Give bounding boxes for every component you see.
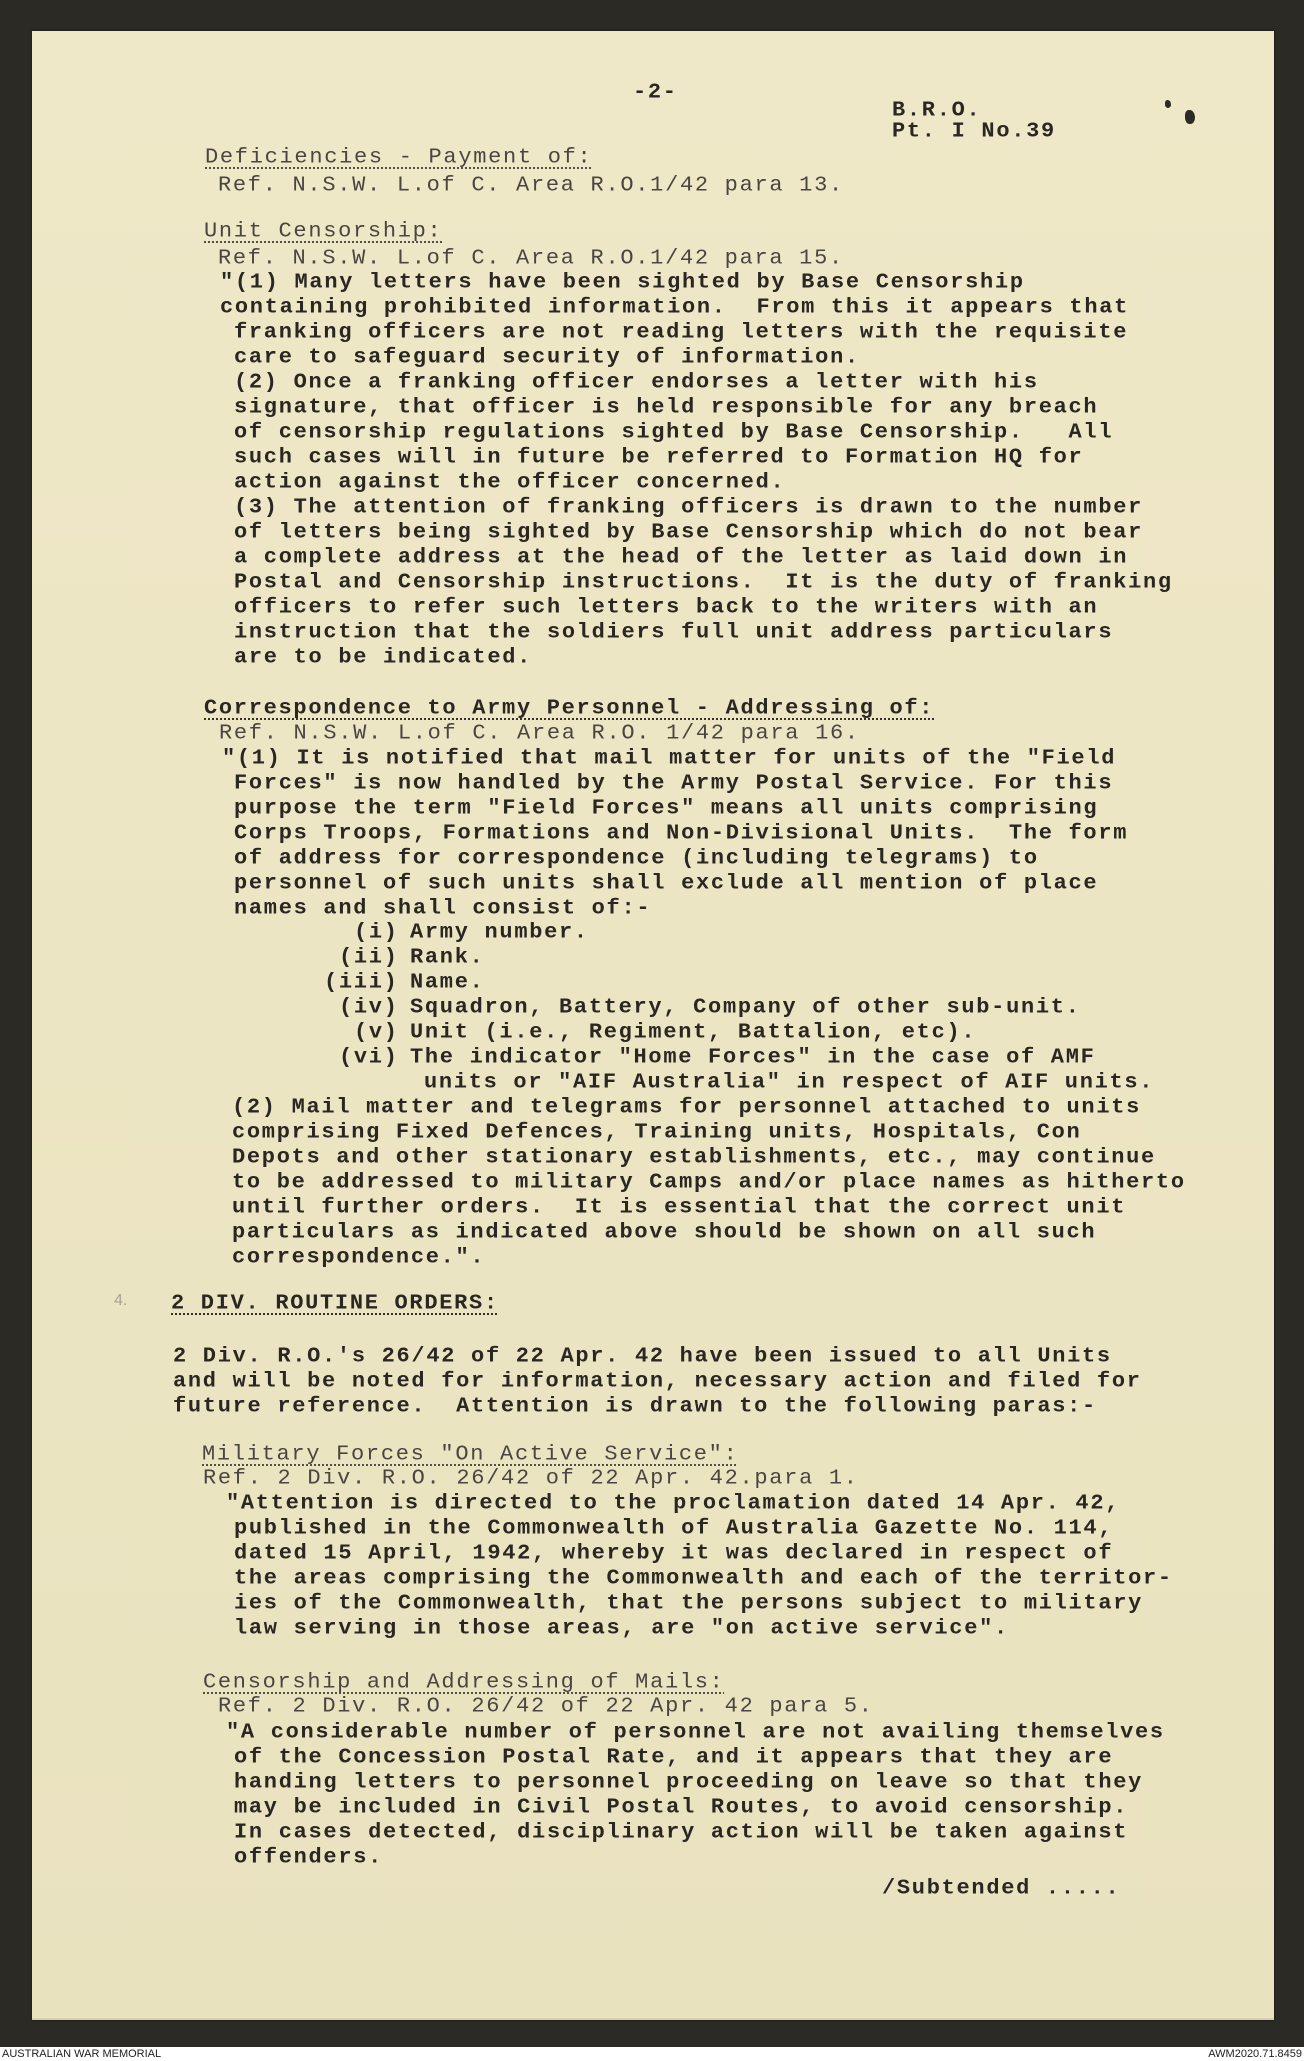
body-line: to be addressed to military Camps and/or… bbox=[232, 1172, 1186, 1193]
body-line: dated 15 April, 1942, whereby it was dec… bbox=[234, 1543, 1113, 1564]
paragraph-number: 4. bbox=[114, 1292, 127, 1310]
body-line: comprising Fixed Defences, Training unit… bbox=[232, 1122, 1081, 1143]
body-line: Postal and Censorship instructions. It i… bbox=[234, 572, 1173, 593]
list-item-number: (v) bbox=[354, 1022, 399, 1043]
list-item-text: Name. bbox=[410, 972, 485, 993]
body-line: (3) The attention of franking officers i… bbox=[234, 497, 1143, 518]
body-line: of letters being sighted by Base Censors… bbox=[234, 522, 1143, 543]
body-line: (2) Mail matter and telegrams for person… bbox=[232, 1097, 1141, 1118]
body-line: Depots and other stationary establishmen… bbox=[232, 1147, 1156, 1168]
list-item-number: (iv) bbox=[339, 997, 399, 1018]
body-line: names and shall consist of:- bbox=[234, 898, 651, 919]
body-line: may be included in Civil Postal Routes, … bbox=[234, 1797, 1128, 1818]
section-heading-correspondence: Correspondence to Army Personnel - Addre… bbox=[204, 698, 934, 719]
list-item-number: (iii) bbox=[324, 972, 399, 993]
section-ref: Ref. 2 Div. R.O. 26/42 of 22 Apr. 42 par… bbox=[218, 1696, 874, 1717]
body-line: "Attention is directed to the proclamati… bbox=[226, 1493, 1120, 1514]
body-line: containing prohibited information. From … bbox=[220, 297, 1129, 318]
body-line: "A considerable number of personnel are … bbox=[226, 1722, 1165, 1743]
archive-footer: AUSTRALIAN WAR MEMORIAL AWM2020.71.8459 bbox=[0, 2047, 1304, 2061]
body-line: officers to refer such letters back to t… bbox=[234, 597, 1098, 618]
section-ref: Ref. 2 Div. R.O. 26/42 of 22 Apr. 42.par… bbox=[203, 1468, 859, 1489]
body-line: and will be noted for information, neces… bbox=[173, 1371, 1142, 1392]
section-heading-deficiencies: Deficiencies - Payment of: bbox=[205, 147, 592, 168]
section-heading-routine-orders: 2 DIV. ROUTINE ORDERS: bbox=[171, 1293, 499, 1314]
section-ref: Ref. N.S.W. L.of C. Area R.O.1/42 para 1… bbox=[218, 248, 844, 269]
body-line: of address for correspondence (including… bbox=[234, 848, 1039, 869]
section-heading-unit-censorship: Unit Censorship: bbox=[204, 221, 442, 242]
body-line: Corps Troops, Formations and Non-Divisio… bbox=[234, 823, 1128, 844]
body-line: of the Concession Postal Rate, and it ap… bbox=[234, 1747, 1113, 1768]
body-line: "(1) It is notified that mail matter for… bbox=[222, 748, 1116, 769]
body-line: a complete address at the head of the le… bbox=[234, 547, 1128, 568]
body-line: handing letters to personnel proceeding … bbox=[234, 1772, 1143, 1793]
body-line: signature, that officer is held responsi… bbox=[234, 397, 1098, 418]
body-line: are to be indicated. bbox=[234, 647, 532, 668]
page-number: -2- bbox=[633, 82, 678, 103]
body-line: offenders. bbox=[234, 1847, 383, 1868]
body-line: care to safeguard security of informatio… bbox=[234, 347, 860, 368]
body-line: action against the officer concerned. bbox=[234, 472, 785, 493]
body-line: law serving in those areas, are "on acti… bbox=[234, 1618, 1009, 1639]
body-line: instruction that the soldiers full unit … bbox=[234, 622, 1113, 643]
document-number: Pt. I No.39 bbox=[892, 121, 1056, 142]
list-item-number: (i) bbox=[354, 922, 399, 943]
body-line: (2) Once a franking officer endorses a l… bbox=[234, 372, 1039, 393]
list-item-text: Rank. bbox=[410, 947, 485, 968]
body-line: published in the Commonwealth of Austral… bbox=[234, 1518, 1113, 1539]
body-line: In cases detected, disciplinary action w… bbox=[234, 1822, 1128, 1843]
list-item-text: Army number. bbox=[410, 922, 589, 943]
list-item-text: The indicator "Home Forces" in the case … bbox=[410, 1047, 1096, 1068]
body-line: until further orders. It is essential th… bbox=[232, 1197, 1126, 1218]
section-heading-censorship-mails: Censorship and Addressing of Mails: bbox=[203, 1672, 725, 1693]
punch-hole-mark bbox=[1165, 100, 1171, 108]
body-line: correspondence.". bbox=[232, 1247, 485, 1268]
footer-accession-number: AWM2020.71.8459 bbox=[1208, 2047, 1302, 2061]
body-line: "(1) Many letters have been sighted by B… bbox=[220, 272, 1025, 293]
list-item-text: Unit (i.e., Regiment, Battalion, etc). bbox=[410, 1022, 976, 1043]
body-line: such cases will in future be referred to… bbox=[234, 447, 1083, 468]
section-heading-active-service: Military Forces "On Active Service": bbox=[202, 1444, 738, 1465]
section-ref: Ref. N.S.W. L.of C. Area R.O. 1/42 para … bbox=[219, 723, 860, 744]
body-line: personnel of such units shall exclude al… bbox=[234, 873, 1098, 894]
body-line: Forces" is now handled by the Army Posta… bbox=[234, 773, 1113, 794]
list-item-number: (vi) bbox=[339, 1047, 399, 1068]
body-line: future reference. Attention is drawn to … bbox=[173, 1396, 1097, 1417]
body-line: 2 Div. R.O.'s 26/42 of 22 Apr. 42 have b… bbox=[173, 1346, 1112, 1367]
continuation-note: /Subtended ..... bbox=[882, 1878, 1120, 1899]
body-line: franking officers are not reading letter… bbox=[234, 322, 1128, 343]
document-code: B.R.O. bbox=[892, 100, 981, 121]
body-line: particulars as indicated above should be… bbox=[232, 1222, 1096, 1243]
body-line: ies of the Commonwealth, that the person… bbox=[234, 1593, 1143, 1614]
list-item-number: (ii) bbox=[339, 947, 399, 968]
list-item-continuation: units or "AIF Australia" in respect of A… bbox=[424, 1072, 1154, 1093]
section-ref: Ref. N.S.W. L.of C. Area R.O.1/42 para 1… bbox=[218, 175, 844, 196]
punch-hole-mark bbox=[1185, 110, 1195, 124]
list-item-text: Squadron, Battery, Company of other sub-… bbox=[410, 997, 1081, 1018]
body-line: the areas comprising the Commonwealth an… bbox=[234, 1568, 1173, 1589]
footer-institution: AUSTRALIAN WAR MEMORIAL bbox=[2, 2047, 161, 2061]
body-line: purpose the term "Field Forces" means al… bbox=[234, 798, 1098, 819]
body-line: of censorship regulations sighted by Bas… bbox=[234, 422, 1113, 443]
